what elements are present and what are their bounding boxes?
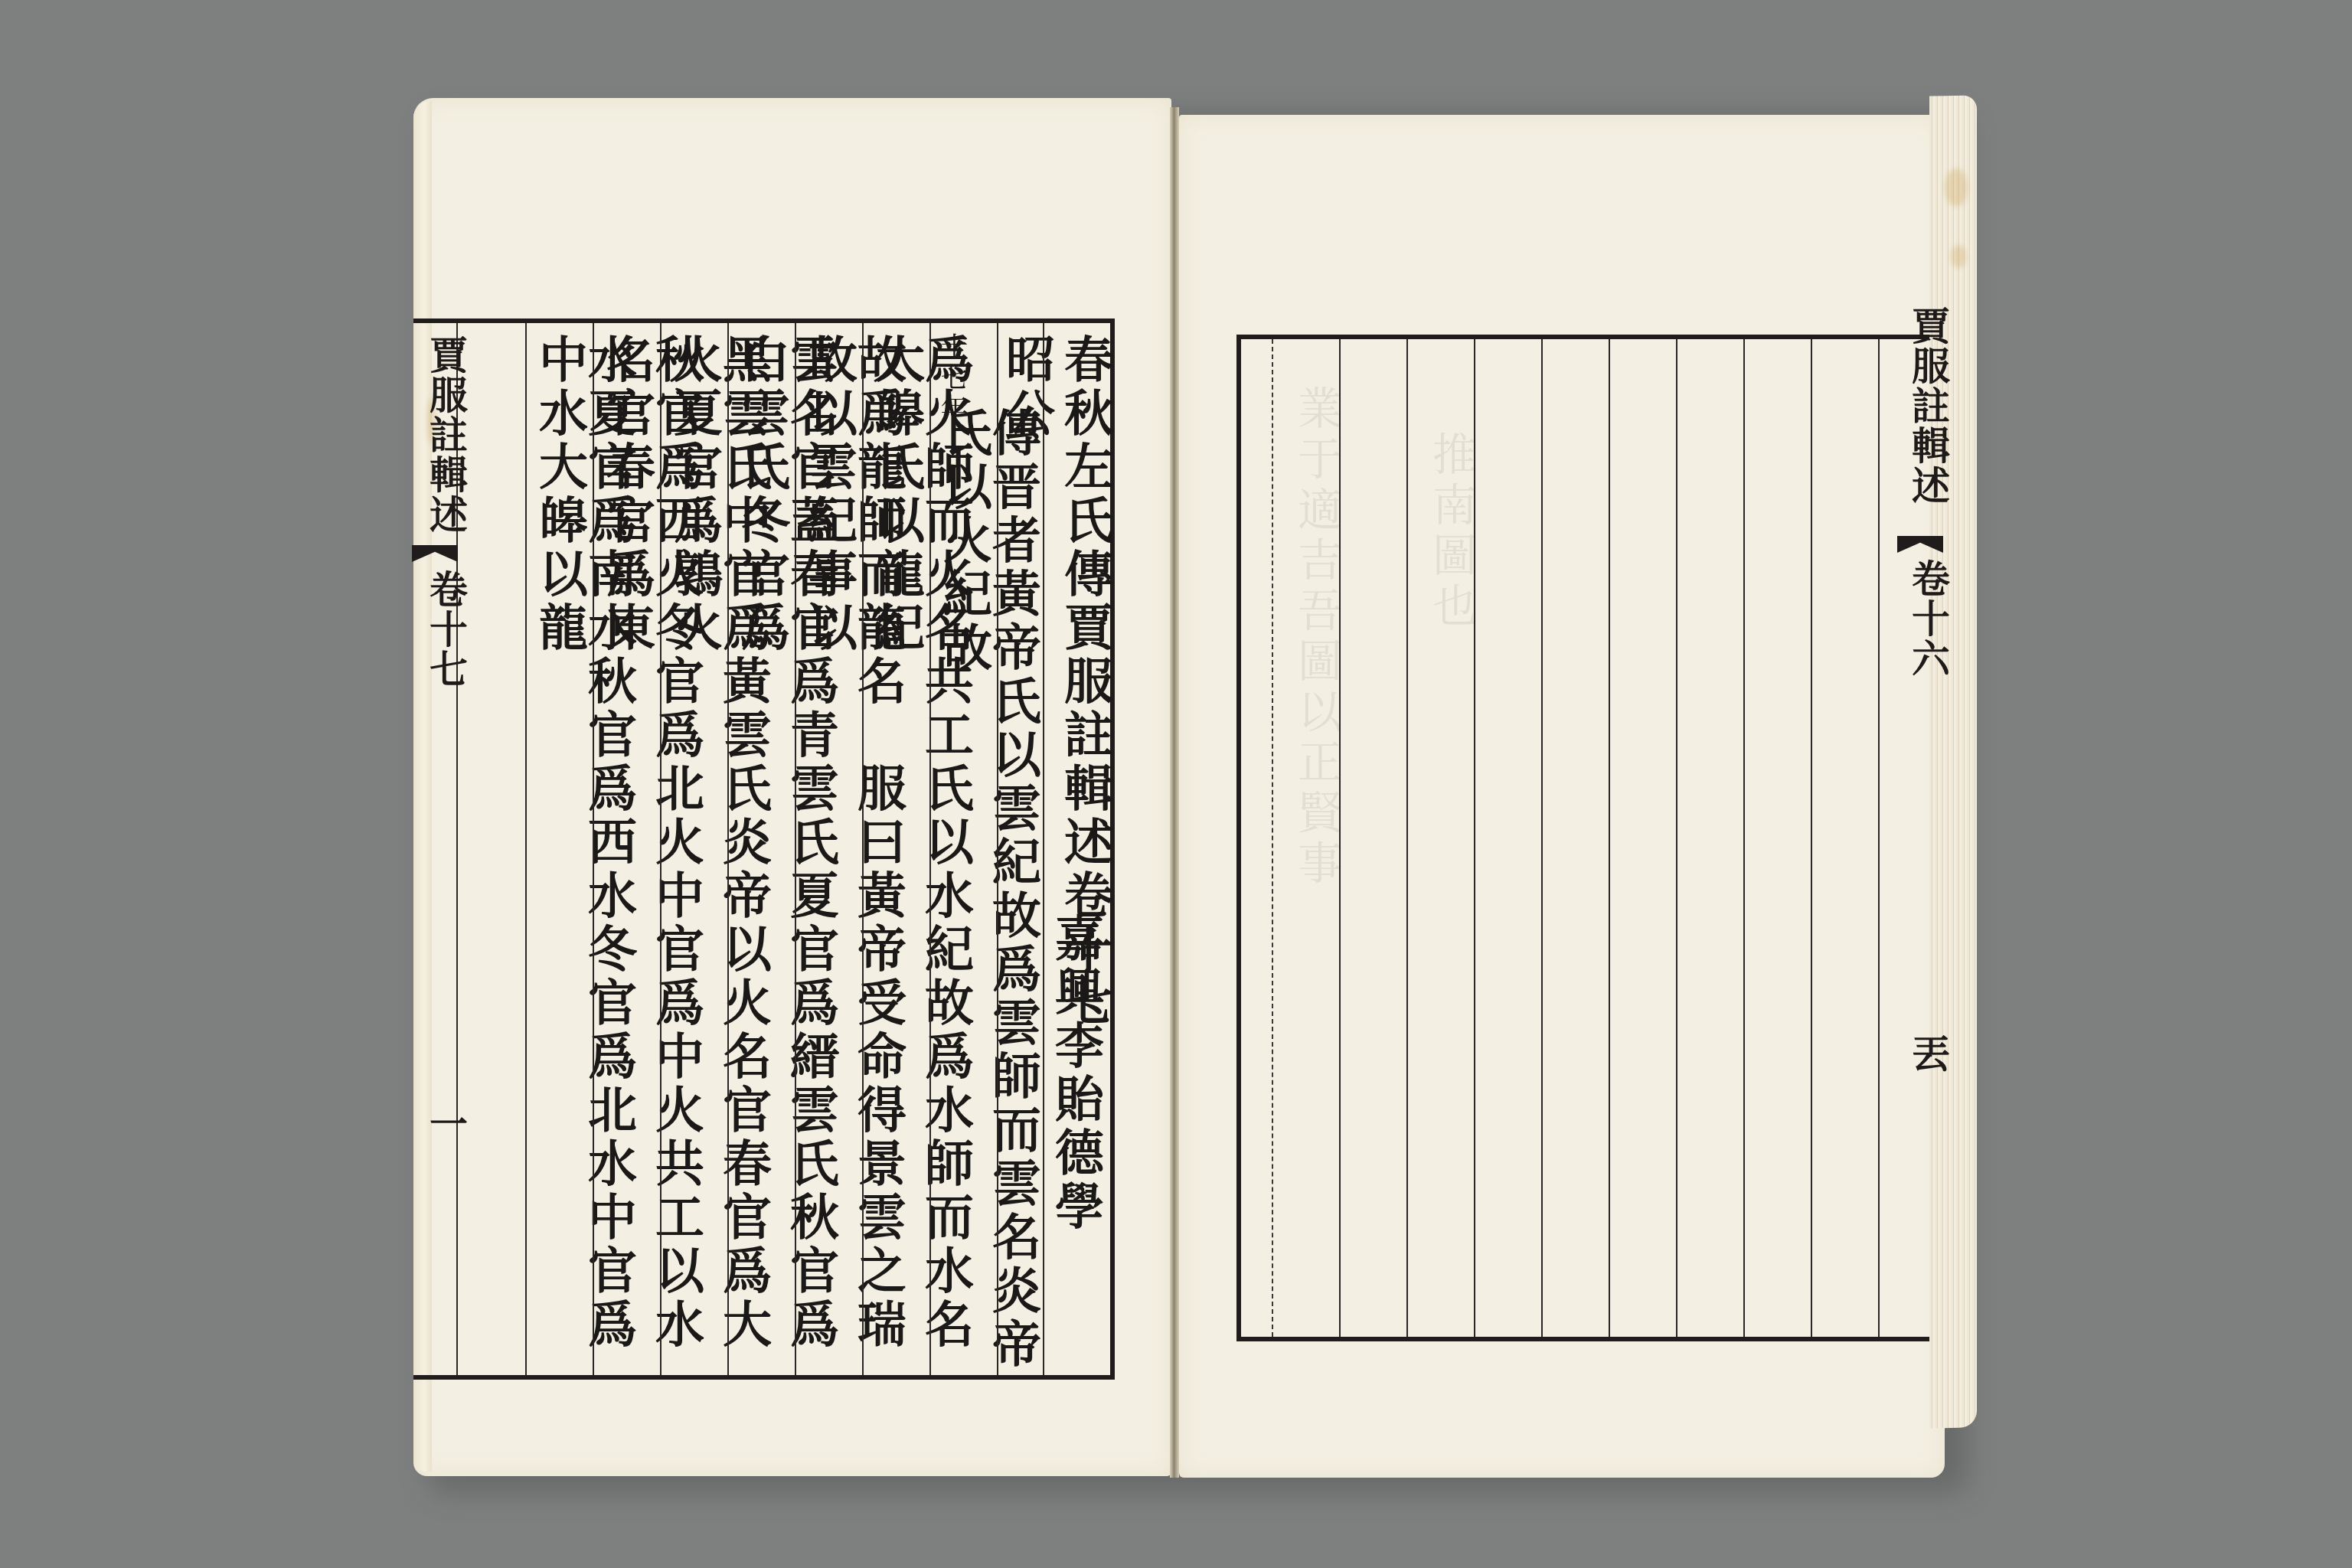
book-title: 春秋左氏傳賈服註輯述卷十七 <box>1060 334 1109 1031</box>
left-text-frame: 賈服註輯述 卷十七 一 水夏官爲南水秋官爲西水冬官爲北水中官爲中水大皞以龍 秋官… <box>413 318 1115 1380</box>
ruled-column <box>1676 339 1743 1337</box>
column-8: 黑雲氏中官爲黃雲氏炎帝以火名官春官爲大火夏官爲鶉火 <box>660 323 727 1375</box>
column-10: 水夏官爲南水秋官爲西水冬官爲北水中官爲中水大皞以龍 <box>525 323 593 1375</box>
fishtail-mark <box>412 545 458 562</box>
ruled-column <box>1811 339 1878 1337</box>
book-spine-gutter <box>1170 107 1179 1478</box>
ruled-column: 推南圖也 <box>1406 339 1474 1337</box>
ruled-column <box>1743 339 1811 1337</box>
column-5: 爲火師而火名共工氏以水紀故爲水師而水名大皞氏以龍紀 <box>862 323 929 1375</box>
ruled-column: 業于適吉吾圖以正賢事 <box>1272 339 1339 1337</box>
banxin-strip: 賈服註輯述 卷十七 一 <box>413 323 458 1375</box>
banxin-juan: 卷十七 <box>418 570 473 689</box>
right-banxin-strip: 賈服註輯述 卷十六 丟 <box>1897 306 1943 1378</box>
column-1: 春秋左氏傳賈服註輯述卷十七 <box>1066 323 1110 1375</box>
banxin-page-number: 丟 <box>1900 1034 1955 1073</box>
banxin-page-number: 一 <box>418 1104 473 1144</box>
foxing-stain <box>1945 168 1968 207</box>
ruled-column <box>1474 339 1541 1337</box>
ruled-column <box>1339 339 1406 1337</box>
foxing-stain <box>1951 245 1966 268</box>
fishtail-mark <box>1897 536 1943 553</box>
banxin-juan: 卷十六 <box>1900 559 1955 678</box>
ruled-column <box>1541 339 1609 1337</box>
column-7: 雲名官蓋春官爲青雲氏夏官爲縉雲氏秋官爲白雲氏冬官爲 <box>727 323 795 1375</box>
ruled-column <box>1609 339 1676 1337</box>
right-text-frame: 業于適吉吾圖以正賢事 推南圖也 <box>1236 335 1929 1341</box>
column-3: 昭公 <box>997 323 1043 1375</box>
column-6: 故爲龍師而龍名 服曰黃帝受命得景雲之瑞故以雲紀事以 <box>795 323 862 1375</box>
banxin-title: 賈服註輯述 <box>1900 306 1955 505</box>
column-4: 十七年 傳晋者黃帝氏以雲紀故爲雲師而雲名炎帝氏以火紀故 <box>929 323 997 1375</box>
banxin-title: 賈服註輯述 <box>418 335 473 534</box>
column-9: 秋官爲西火冬官爲北火中官爲中火共工以水名官春官爲東 <box>593 323 660 1375</box>
